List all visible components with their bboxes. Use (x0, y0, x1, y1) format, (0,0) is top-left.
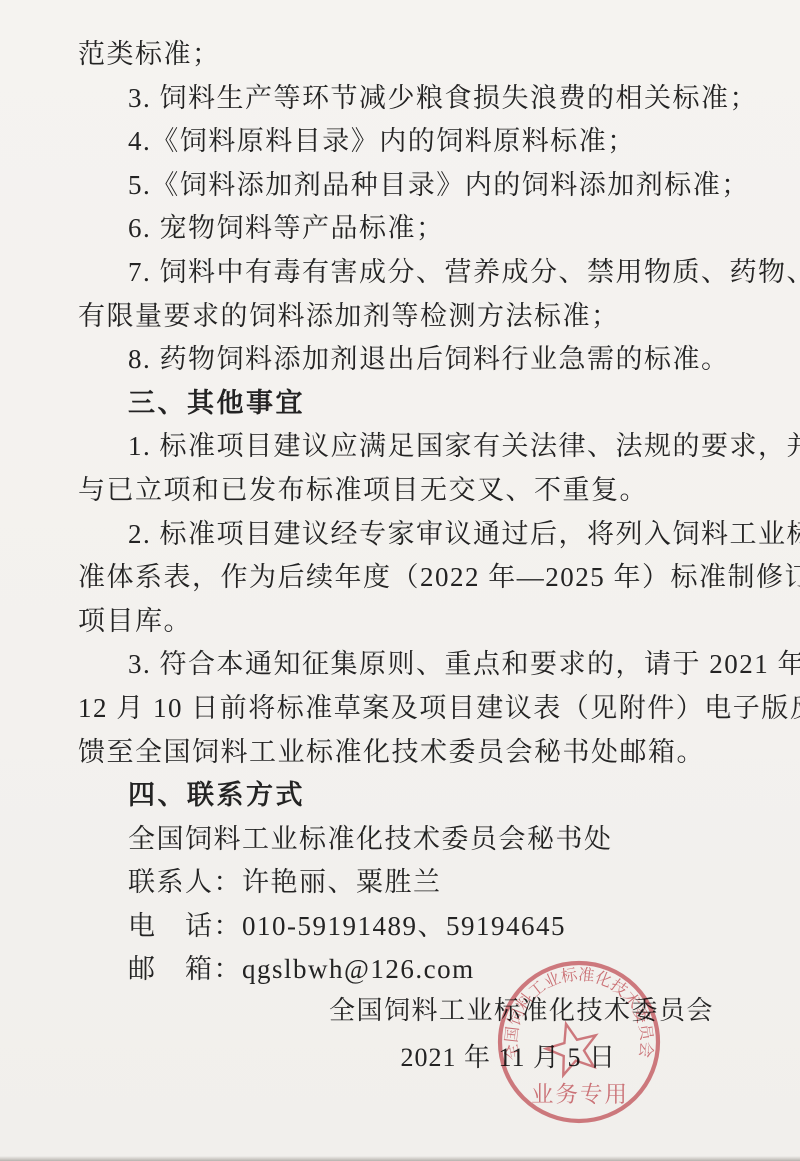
document-line: 1. 标准项目建议应满足国家有关法律、法规的要求，并 (78, 425, 720, 469)
document-line: 馈至全国饲料工业标准化技术委员会秘书处邮箱。 (78, 731, 720, 775)
document-line: 6. 宠物饲料等产品标准； (78, 207, 720, 251)
seal-arc-text-wrap: 全国饲料工业标准化技术委员会 (503, 966, 656, 1062)
document-line: 联系人：许艳丽、粟胜兰 (78, 861, 720, 905)
document-line: 全国饲料工业标准化技术委员会秘书处 (78, 818, 720, 862)
document-line: 7. 饲料中有毒有害成分、营养成分、禁用物质、药物、 (78, 251, 720, 295)
document-body: 范类标准；3. 饲料生产等环节减少粮食损失浪费的相关标准；4.《饲料原料目录》内… (78, 33, 720, 992)
document-line: 范类标准； (78, 33, 720, 77)
document-line: 12 月 10 日前将标准草案及项目建议表（见附件）电子版反 (78, 687, 720, 731)
document-line: 2. 标准项目建议经专家审议通过后，将列入饲料工业标 (78, 513, 720, 557)
seal-arc-text: 全国饲料工业标准化技术委员会 (503, 966, 656, 1062)
document-line: 5.《饲料添加剂品种目录》内的饲料添加剂标准； (78, 164, 720, 208)
official-seal: 全国饲料工业标准化技术委员会 业务专用 (487, 950, 671, 1134)
document-line: 8. 药物饲料添加剂退出后饲料行业急需的标准。 (78, 338, 720, 382)
seal-bottom-text: 业务专用 (531, 1082, 629, 1107)
section-heading: 三、其他事宜 (78, 382, 720, 426)
document-line: 项目库。 (78, 600, 720, 644)
star-icon (541, 1017, 603, 1077)
document-line: 电 话：010-59191489、59194645 (78, 905, 720, 949)
document-line: 准体系表，作为后续年度（2022 年—2025 年）标准制修订的 (78, 556, 720, 600)
document-line: 4.《饲料原料目录》内的饲料原料标准； (78, 120, 720, 164)
document-line: 与已立项和已发布标准项目无交叉、不重复。 (78, 469, 720, 513)
document-line: 3. 符合本通知征集原则、重点和要求的，请于 2021 年 (78, 643, 720, 687)
section-heading: 四、联系方式 (78, 774, 720, 818)
document-line: 有限量要求的饲料添加剂等检测方法标准； (78, 295, 720, 339)
scan-edge-shadow (0, 1156, 800, 1161)
scanned-document-page: 范类标准；3. 饲料生产等环节减少粮食损失浪费的相关标准；4.《饲料原料目录》内… (0, 0, 800, 1161)
document-line: 3. 饲料生产等环节减少粮食损失浪费的相关标准； (78, 77, 720, 121)
